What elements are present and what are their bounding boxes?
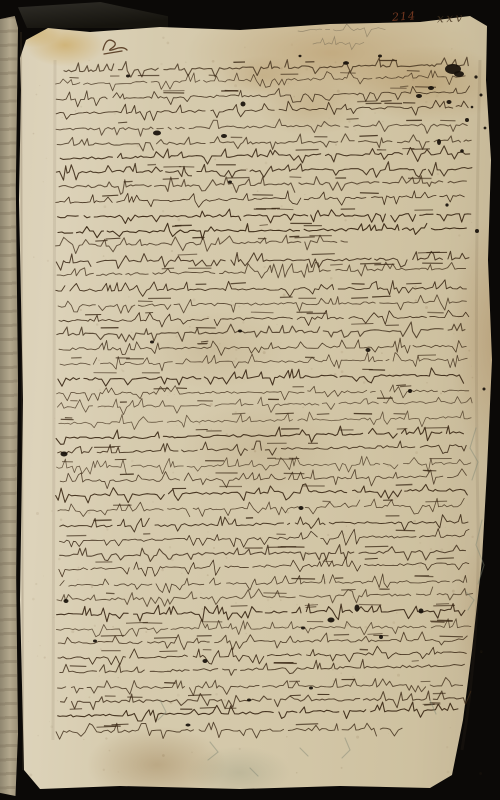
handwriting-layer: [0, 0, 500, 800]
archivist-note: [298, 24, 385, 50]
parchment-speckles: [28, 37, 483, 777]
script-text-lines: [56, 57, 476, 739]
manuscript-photo: 214 xxv: [0, 0, 500, 800]
corner-paraph-mark: [103, 40, 127, 54]
